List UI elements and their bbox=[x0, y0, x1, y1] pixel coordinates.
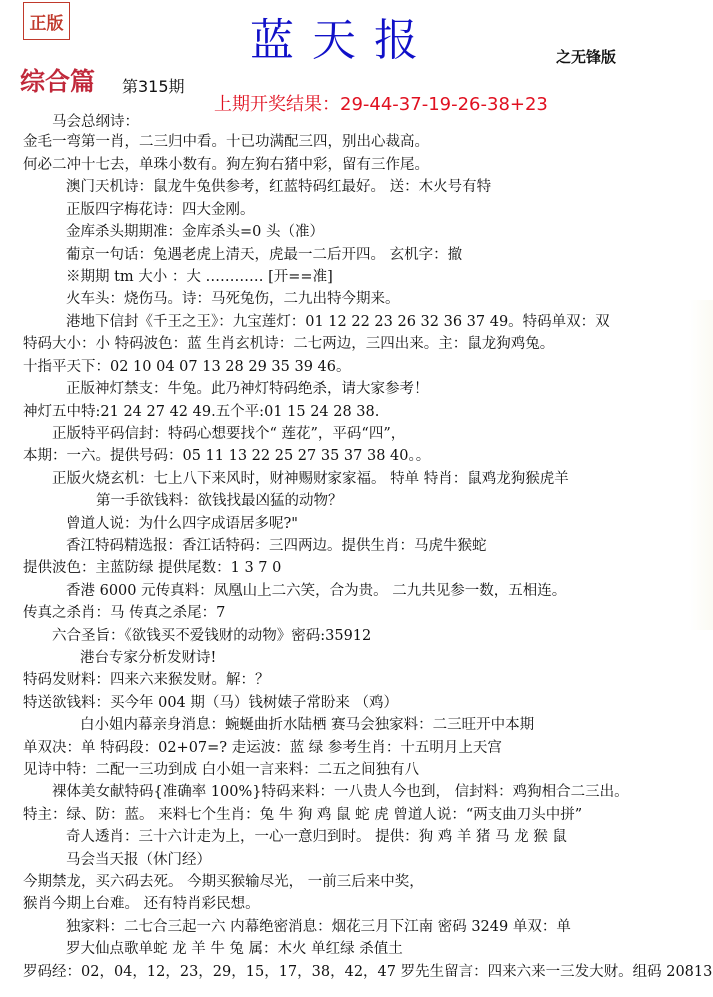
text-line: 正版四字梅花诗：四大金刚。 bbox=[66, 200, 255, 220]
text-line: 正版火烧玄机：七上八下来风时，财神赐财家家福。 特单 特肖：鼠鸡龙狗猴虎羊 bbox=[52, 469, 569, 489]
authentic-stamp: 正版 bbox=[23, 2, 70, 40]
last-result-numbers: 29-44-37-19-26-38+23 bbox=[340, 94, 548, 115]
text-line: 正版特平码信封：特码心想要找个“ 莲花”，平码“四”， bbox=[52, 424, 405, 444]
page-edge-shade bbox=[689, 300, 713, 630]
text-line: ※期期 tm 大小 ：大 ………… [开==准] bbox=[66, 267, 333, 287]
text-line: 特码发财料：四来六来猴发财。解：？ bbox=[23, 670, 270, 690]
text-line: 火车头：烧伤马。诗：马死兔伤，二九出特今期来。 bbox=[66, 289, 400, 309]
text-line: 神灯五中特:21 24 27 42 49.五个平:01 15 24 28 38. bbox=[23, 402, 379, 422]
issue-number: 第315期 bbox=[122, 74, 185, 97]
text-line: 白小姐内幕亲身消息：蜿蜒曲折水陆栖 赛马会独家料：二三旺开中本期 bbox=[80, 715, 534, 735]
text-line: 马会当天报（休门经） bbox=[66, 850, 211, 870]
text-line: 正版神灯禁支：牛兔。此乃神灯特码绝杀，请大家参考！ bbox=[66, 379, 429, 399]
text-line: 传真之杀肖：马 传真之杀尾：7 bbox=[23, 603, 225, 623]
section-title: 综合篇 bbox=[20, 62, 95, 98]
edition-label: 之无锋版 bbox=[556, 46, 616, 67]
text-line: 香江特码精选报：香江话特码：三四两边。提供生肖：马虎牛猴蛇 bbox=[66, 536, 487, 556]
text-line: 本期：一六。提供号码：05 11 13 22 25 27 35 37 38 40… bbox=[23, 446, 430, 466]
text-line: 第一手欲钱料：欲钱找最凶猛的动物？ bbox=[96, 491, 343, 511]
text-line: 十指平天下：02 10 04 07 13 28 29 35 39 46。 bbox=[23, 357, 351, 377]
text-line: 单双决：单 特码段：02+07=? 走运波：蓝 绿 参考生肖：十五明月上天宫 bbox=[23, 738, 502, 758]
text-line: 今期禁龙，买六码去死。 今期买猴输尽光， 一前三后来中奖， bbox=[23, 872, 424, 892]
text-line: 澳门天机诗：鼠龙牛兔供参考，红蓝特码红最好。 送：木火号有特 bbox=[66, 177, 491, 197]
masthead-title: 蓝天报 bbox=[250, 4, 436, 68]
text-line: 港台专家分析发财诗! bbox=[80, 648, 216, 668]
text-line: 葡京一句话：兔遇老虎上清天，虎最一二后开四。 玄机字：撤 bbox=[66, 245, 462, 265]
text-line: 马会总纲诗： bbox=[52, 112, 139, 132]
last-result-label: 上期开奖结果： bbox=[214, 94, 340, 115]
text-line: 罗码经：02，04，12，23，29，15，17，38，42，47 罗先生留言：… bbox=[23, 962, 713, 982]
text-line: 曾道人说：为什么四字成语居多呢?" bbox=[66, 514, 298, 534]
text-line: 何必二冲十七去，单珠小数有。狗左狗右猪中彩，留有三作尾。 bbox=[23, 155, 429, 175]
text-line: 罗大仙点歌单蛇 龙 羊 牛 兔 属：木火 单红绿 杀值土 bbox=[66, 939, 403, 959]
text-line: 见诗中特：二配一三功到成 白小姐一言来料：二五之间独有八 bbox=[23, 760, 419, 780]
text-line: 特码大小：小 特码波色：蓝 生肖玄机诗：二七两边，三四出来。主：鼠龙狗鸡兔。 bbox=[23, 334, 554, 354]
text-line: 特送欲钱料：买今年 004 期（马）钱树婊子常盼来 （鸡） bbox=[23, 693, 398, 713]
text-line: 特主：绿、防：蓝。 来料七个生肖：兔 牛 狗 鸡 鼠 蛇 虎 曾道人说：“两支曲… bbox=[23, 805, 582, 825]
text-line: 猴肖今期上台难。 还有特肖彩民想。 bbox=[23, 894, 260, 914]
text-line: 裸体美女献特码{准确率 100%}特码来料：一八贵人今也到， 信封料：鸡狗相合二… bbox=[52, 782, 629, 802]
text-line: 香港 6000 元传真料：凤凰山上二六笑，合为贵。 二九共见参一数，五相连。 bbox=[66, 581, 566, 601]
text-line: 六合圣旨：《欲钱买不爱钱财的动物》密码:35912 bbox=[52, 626, 371, 646]
text-line: 提供波色：主蓝防绿 提供尾数：1 3 7 0 bbox=[23, 558, 281, 578]
text-line: 港地下信封《千王之王》：九宝莲灯：01 12 22 23 26 32 36 37… bbox=[66, 312, 610, 332]
last-result: 上期开奖结果：29-44-37-19-26-38+23 bbox=[214, 90, 548, 116]
text-line: 奇人透肖：三十六计走为上，一心一意归到时。 提供：狗 鸡 羊 猪 马 龙 猴 鼠 bbox=[66, 827, 567, 847]
text-line: 金毛一弯第一肖，二三归中看。十已功满配三四，别出心裁高。 bbox=[23, 132, 429, 152]
text-line: 独家料：二七合三起一六 内幕绝密消息：烟花三月下江南 密码 3249 单双：单 bbox=[66, 917, 571, 937]
text-line: 金库杀头期期准：金库杀头=0 头（准） bbox=[66, 222, 324, 242]
